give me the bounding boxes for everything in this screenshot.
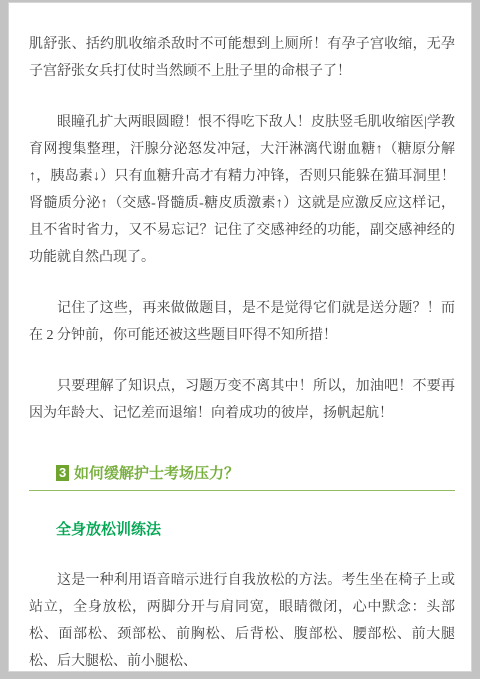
section-heading: 3 如何缓解护士考场压力？: [29, 465, 455, 491]
paragraph: 眼瞳孔扩大两眼圆瞪！恨不得吃下敌人！皮肤竖毛肌收缩医|学教育网搜集整理，汗腺分泌…: [29, 109, 455, 271]
section-number-badge: 3: [56, 465, 69, 481]
paragraph: 记住了这些，再来做做题目，是不是觉得它们就是送分题？！而在 2 分钟前，你可能还…: [29, 295, 455, 349]
article-content: 肌舒张、括约肌收缩杀敌时不可能想到上厕所！有孕子宫收缩，无孕子宫舒张女兵打仗时当…: [9, 3, 471, 675]
section-title: 如何缓解护士考场压力？: [74, 466, 239, 482]
section-subtitle: 全身放松训练法: [29, 521, 455, 539]
paragraph: 只要理解了知识点，习题万变不离其中！所以，加油吧！不要再因为年龄大、记忆差而退缩…: [29, 373, 455, 427]
paragraph: 这是一种利用语音暗示进行自我放松的方法。考生坐在椅子上或站立，全身放松，两脚分开…: [29, 567, 455, 675]
paragraph-continuation: 肌舒张、括约肌收缩杀敌时不可能想到上厕所！有孕子宫收缩，无孕子宫舒张女兵打仗时当…: [29, 31, 455, 85]
document-page: 肌舒张、括约肌收缩杀敌时不可能想到上厕所！有孕子宫收缩，无孕子宫舒张女兵打仗时当…: [8, 2, 472, 672]
